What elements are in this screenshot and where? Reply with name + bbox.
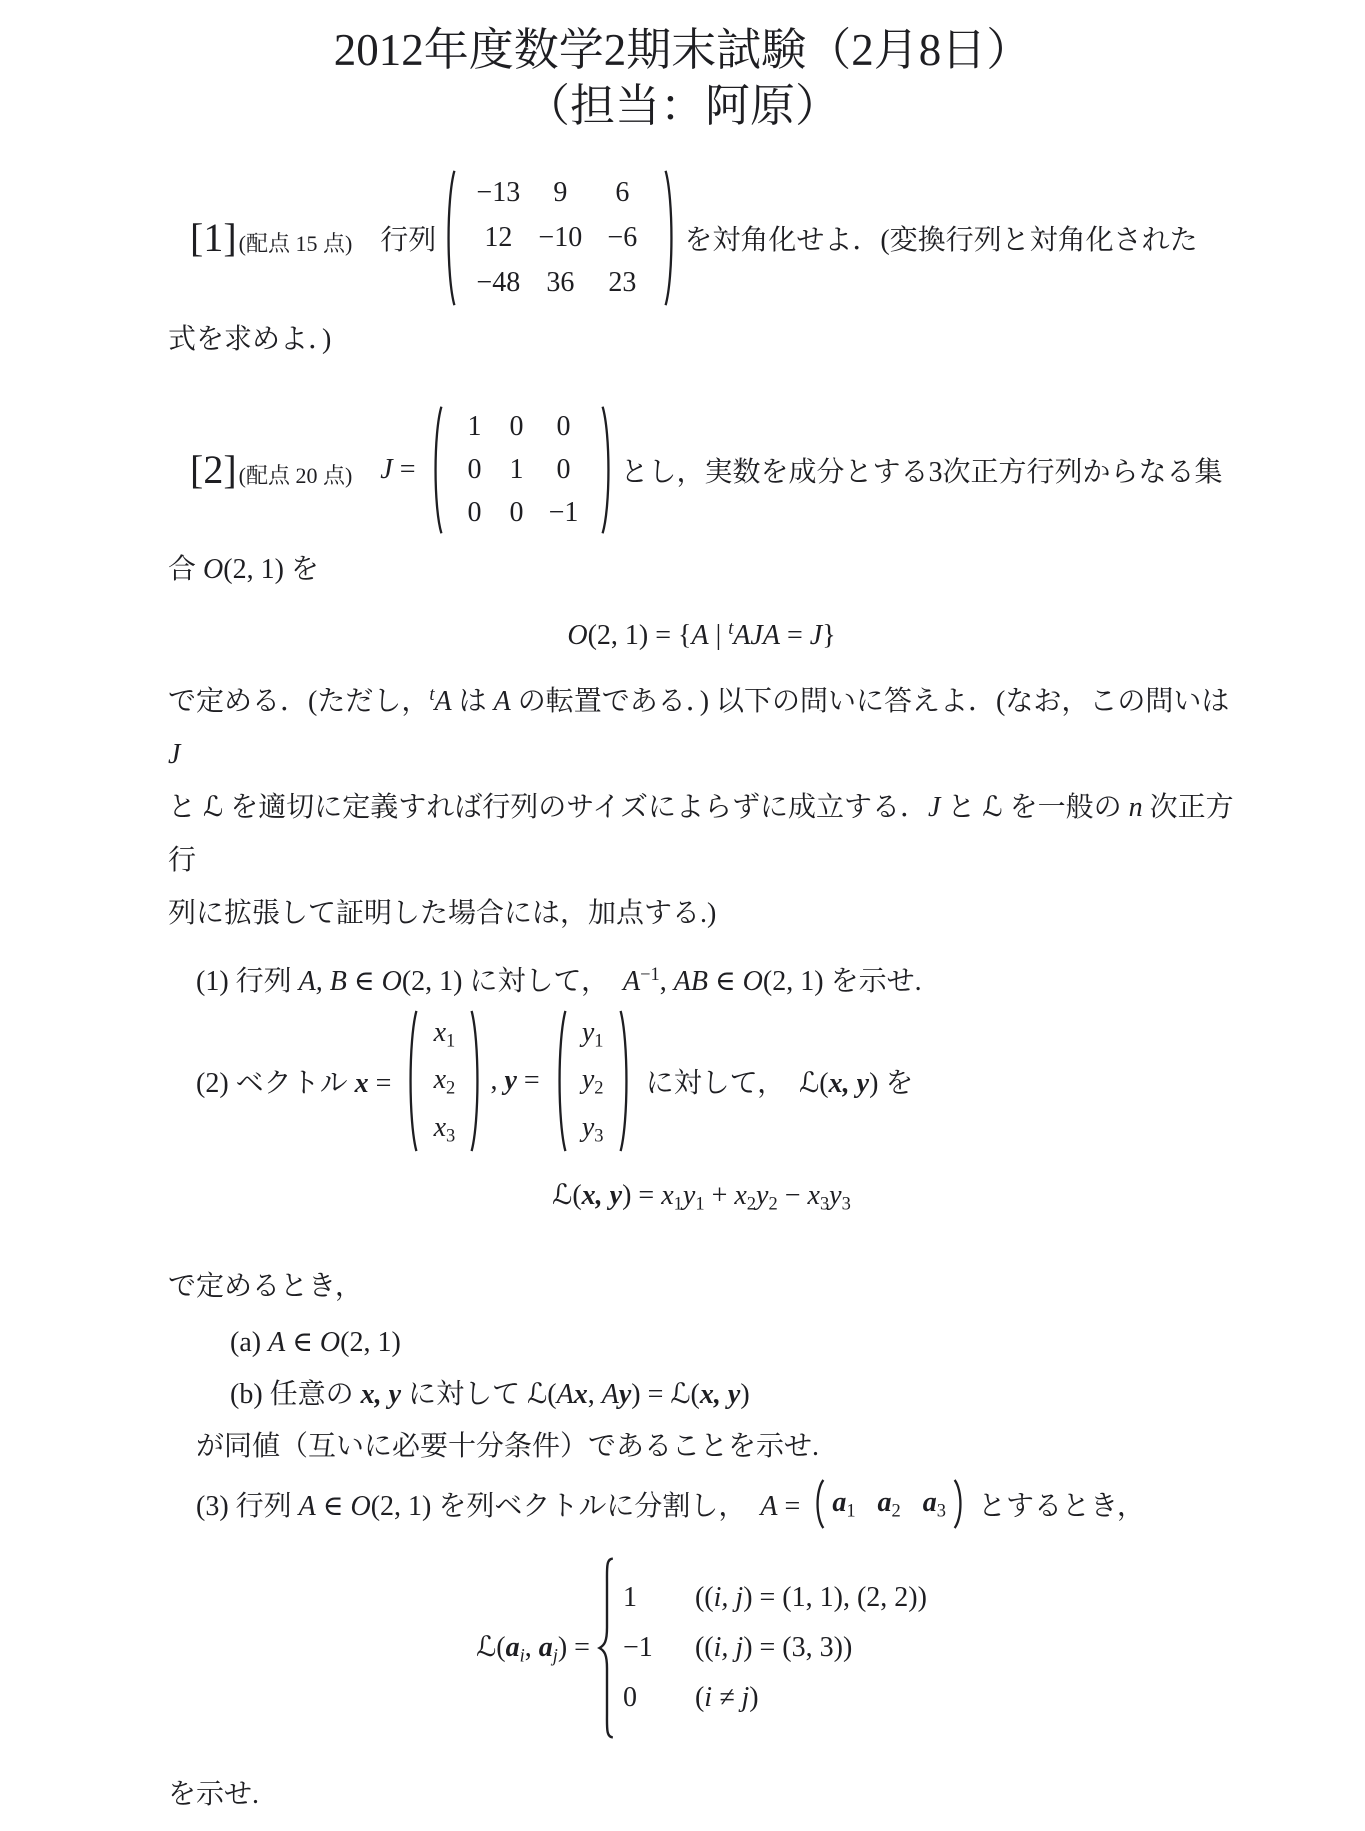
- subitem-1: (1) 行列 A, B ∈ O(2, 1) に対して， A−1, AB ∈ O(…: [168, 954, 1235, 1002]
- exam-title-line1: 2012年度数学2期末試験（2月8日）: [0, 22, 1365, 78]
- vector-y: y1 y2 y3: [555, 1008, 631, 1154]
- matrix-cell: −13: [467, 177, 529, 209]
- matrix-row: −48 36 23: [467, 267, 653, 299]
- right-paren-icon: [469, 1008, 482, 1154]
- vector-cells: y1 y2 y3: [568, 1008, 618, 1154]
- left-paren-icon: [406, 1008, 419, 1154]
- subitem-2-pre: (2) ベクトル x =: [196, 1061, 398, 1101]
- right-paren-icon: [618, 1008, 631, 1154]
- matrix-row: 1 0 0: [454, 411, 590, 443]
- subitem-2-post: に対して， ℒ(x, y) を: [639, 1061, 914, 1101]
- case-value: −1: [623, 1632, 695, 1664]
- matrix-cells: −13 9 6 12 −10 −6 −48 36 23: [457, 168, 663, 308]
- matrix-cell: 1: [454, 411, 496, 443]
- matrix-cells: 1 0 0 0 1 0 0 0 −1: [444, 404, 600, 536]
- exam-document-page: 2012年度数学2期末試験（2月8日） （担当：阿原） [1] (配点 15 点…: [0, 0, 1365, 1831]
- left-paren-icon: [431, 404, 444, 536]
- subitem-3-row: (3) 行列 A ∈ O(2, 1) を列ベクトルに分割し， A = a1 a2…: [168, 1479, 1235, 1529]
- matrix-cell: 0: [496, 497, 538, 529]
- subitem-2a: (a) A ∈ O(2, 1): [168, 1323, 1235, 1363]
- problem-2-row: [2] (配点 20 点) J = 1 0 0 0 1 0: [168, 404, 1235, 536]
- problem-2-matrix: 1 0 0 0 1 0 0 0 −1: [431, 404, 613, 536]
- problem-1-tail-text: を対角化せよ．(変換行列と対角化された: [684, 218, 1197, 258]
- problem-1-points: (配点 15 点): [239, 227, 353, 258]
- vector-cell: x1: [427, 1017, 461, 1052]
- subitem-2-mid: , y =: [490, 1065, 546, 1097]
- case-condition: ((i, j) = (1, 1), (2, 2)): [695, 1582, 927, 1614]
- problem-2-points: (配点 20 点): [239, 459, 353, 490]
- subitem-3-post: とするとき，: [971, 1484, 1145, 1524]
- cases-equation: ℒ(ai, aj) = 1 ((i, j) = (1, 1), (2, 2)) …: [168, 1555, 1235, 1741]
- problem-1-continuation: 式を求めよ．): [168, 320, 1235, 360]
- equation-O21-definition: O(2, 1) = {A | tAJA = J}: [168, 618, 1235, 652]
- row-vector-a: a1 a2 a3: [813, 1479, 965, 1529]
- row-vector-cells: a1 a2 a3: [826, 1479, 952, 1529]
- problem-1-label: [1]: [190, 218, 237, 258]
- equation-L-definition: ℒ(x, y) = x1y1 + x2y2 − x3y3: [168, 1178, 1235, 1215]
- case-condition: (i ≠ j): [695, 1682, 759, 1714]
- final-line: を示せ.: [168, 1775, 1235, 1831]
- subitem-3-pre: (3) 行列 A ∈ O(2, 1) を列ベクトルに分割し， A =: [196, 1484, 807, 1524]
- matrix-cell: 0: [454, 454, 496, 486]
- subitem-2b: (b) 任意の x, y に対して ℒ(Ax, Ay) = ℒ(x, y): [168, 1375, 1235, 1415]
- case-row: 0 (i ≠ j): [623, 1682, 927, 1714]
- exam-body: [1] (配点 15 点) 行列 −13 9 6 12 −10 −6: [0, 168, 1365, 1831]
- matrix-cell: 6: [591, 177, 653, 209]
- right-paren-icon: [663, 168, 676, 308]
- right-paren-icon: [600, 404, 613, 536]
- vector-cell: y2: [576, 1064, 610, 1099]
- row-vector-cell: a1: [832, 1487, 855, 1522]
- cases-rows: 1 ((i, j) = (1, 1), (2, 2)) −1 ((i, j) =…: [623, 1573, 927, 1723]
- case-value: 0: [623, 1682, 695, 1714]
- matrix-row: 0 0 −1: [454, 497, 590, 529]
- matrix-cell: 9: [529, 177, 591, 209]
- case-row: 1 ((i, j) = (1, 1), (2, 2)): [623, 1582, 927, 1614]
- problem-2-continuation: 合 O(2, 1) を: [168, 550, 1235, 590]
- case-row: −1 ((i, j) = (3, 3)): [623, 1632, 927, 1664]
- matrix-cell: 0: [496, 411, 538, 443]
- matrix-cell: −48: [467, 267, 529, 299]
- row-vector-cell: a2: [878, 1487, 901, 1522]
- matrix-cell: 0: [538, 454, 590, 486]
- left-paren-icon: [444, 168, 457, 308]
- problem-2-paragraph: で定める．(ただし，tA は A の転置である．) 以下の問いに答えよ．(なお，…: [168, 668, 1235, 940]
- problem-1-lead-text: 行列: [380, 218, 436, 258]
- right-paren-icon: [952, 1479, 965, 1529]
- paragraph-line: と ℒ を適切に定義すれば行列のサイズによらずに成立する．J と ℒ を一般の …: [168, 781, 1235, 887]
- problem-1-matrix: −13 9 6 12 −10 −6 −48 36 23: [444, 168, 676, 308]
- cases-lhs: ℒ(ai, aj) =: [476, 1630, 597, 1667]
- matrix-cell: −6: [591, 222, 653, 254]
- problem-2-tail-text: とし，実数を成分とする3次正方行列からなる集: [621, 450, 1223, 490]
- vector-x: x1 x2 x3: [406, 1008, 482, 1154]
- case-value: 1: [623, 1582, 695, 1614]
- matrix-cell: 12: [467, 222, 529, 254]
- left-paren-icon: [555, 1008, 568, 1154]
- matrix-cell: 23: [591, 267, 653, 299]
- matrix-cell: 36: [529, 267, 591, 299]
- vector-cell: x2: [427, 1064, 461, 1099]
- equivalence-line: が同値（互いに必要十分条件）であることを示せ.: [168, 1427, 1235, 1467]
- paragraph-line: で定める．(ただし，tA は A の転置である．) 以下の問いに答えよ．(なお，…: [168, 668, 1235, 781]
- matrix-cell: 0: [454, 497, 496, 529]
- exam-title: 2012年度数学2期末試験（2月8日） （担当：阿原）: [0, 0, 1365, 134]
- matrix-cell: 0: [538, 411, 590, 443]
- vector-cell: x3: [427, 1112, 461, 1147]
- paragraph-line: 列に拡張して証明した場合には，加点する.): [168, 887, 1235, 940]
- vector-cells: x1 x2 x3: [419, 1008, 469, 1154]
- left-paren-icon: [813, 1479, 826, 1529]
- matrix-cell: −1: [538, 497, 590, 529]
- row-vector-cell: a3: [923, 1487, 946, 1522]
- left-brace-icon: [597, 1555, 617, 1741]
- subitem-2-row: (2) ベクトル x = x1 x2 x3 , y = y1 y2 y3: [168, 1008, 1235, 1154]
- matrix-row: 0 1 0: [454, 454, 590, 486]
- problem-2-lead-math: J =: [380, 454, 422, 486]
- exam-title-line2: （担当：阿原）: [0, 78, 1365, 134]
- vector-cell: y3: [576, 1112, 610, 1147]
- problem-2-label: [2]: [190, 450, 237, 490]
- matrix-cell: −10: [529, 222, 591, 254]
- case-condition: ((i, j) = (3, 3)): [695, 1632, 852, 1664]
- vector-cell: y1: [576, 1017, 610, 1052]
- when-line: で定めるとき，: [168, 1267, 1235, 1307]
- matrix-row: −13 9 6: [467, 177, 653, 209]
- matrix-cell: 1: [496, 454, 538, 486]
- matrix-row: 12 −10 −6: [467, 222, 653, 254]
- problem-1-row: [1] (配点 15 点) 行列 −13 9 6 12 −10 −6: [168, 168, 1235, 308]
